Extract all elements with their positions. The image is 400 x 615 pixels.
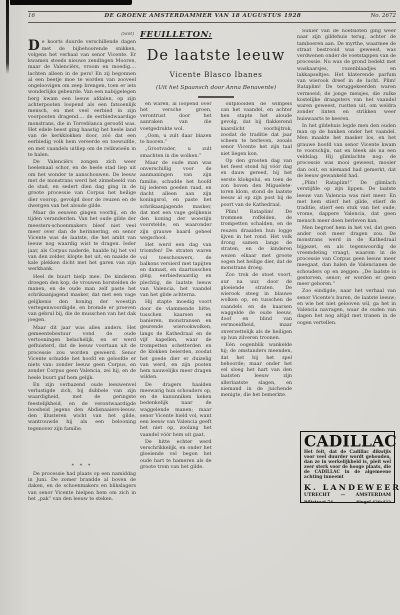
paragraph: In het gildehuis legde men den ouden man… [297,124,396,180]
ad-brand: CADILLAC [304,433,391,450]
paragraph: en waren, al loopend over het versche gr… [140,102,212,133]
paragraph: Men begroef hem in het vel, dat geen and… [297,226,396,289]
ad-address-left: Biltstraat 74 [304,499,333,504]
section-divider: * * * [28,460,136,472]
column-right: Sunier van de hoefsloten ging weer naar … [297,29,396,428]
paragraph: De dragers haalden meewarig hun schouder… [140,383,212,439]
paragraph: Eén oogenblik wankelde hij; de omstander… [221,343,293,399]
paragraph: Op den grooten dag van het feest stond h… [221,159,293,209]
ad-body-text: Het feit, dat de Cadillac dikwijls voor … [304,450,391,481]
column-mid-a: en waren, al loopend over het versche gr… [140,102,212,490]
ad-cities-row: UTRECHT — AMSTERDAM [304,493,391,498]
paragraph: „Grootvader, u zult smachten in die wolk… [140,147,212,160]
paragraph: Heel de buurt hielp mee. De kinderen dro… [28,275,136,325]
paragraph: En zijn verbazend oude leeuwenvel verlus… [28,383,136,433]
feuilleton-kicker: FEUILLETON: [140,30,292,40]
scan-artifact-top [10,0,132,5]
column-mid-b: ontplooiden de wimpels van het vaandel, … [221,102,293,490]
lead-text: e koorts duurde verschillende dagen met … [28,40,136,158]
left-closing-paragraphs: De processie had plaats op een namiddag … [28,472,136,504]
paragraph: ontplooiden de wimpels van het vaandel, … [221,102,293,158]
paragraph: Zoo eindigde, naar het verhaal van senor… [297,289,396,327]
feuilleton-credit: (Uit het Spaansch door Anna Benavente) [140,85,292,91]
paragraph: De processie had plaats op een namiddag … [28,472,136,503]
page-number: 16 [28,13,35,19]
page-header: 16 DE GROENE AMSTERDAMMER VAN 18 AUGUSTU… [28,13,396,19]
ad-city-left: UTRECHT [304,493,330,498]
cadillac-advertisement: CADILLAC Het feit, dat de Cadillac dikwi… [300,431,395,503]
ad-addresses-row: Biltstraat 74 Singel 420-422 [304,499,391,504]
center-columns: en waren, al loopend over het versche gr… [140,102,292,490]
paragraph: Maar de eeuwen gingen voorbij, en de tij… [28,211,136,274]
ad-dealer-name: K. LANDEWEER [304,483,391,492]
slot-marker: (Slot) [28,32,134,38]
paragraph: „Plim! Rataplim!” De glimlach verstijfde… [297,181,396,225]
issue-number: No. 2672 [370,13,396,19]
lead-paragraph: De koorts duurde verschillende dagen met… [28,40,136,159]
title-divider [198,96,234,98]
header-rule-bottom [28,22,396,23]
ad-city-right: AMSTERDAM [356,493,391,498]
paragraph: Plim! Rataplim! De trommen roffelden, de… [221,210,293,273]
paragraph: „Oom, u zult daar blazen te hooren.” [140,134,212,147]
paragraph: Het werd een dag van triomfen! De strate… [140,243,212,299]
paragraph: De hitte echter werd verschrikkelijk, en… [140,440,212,471]
feuilleton-block: FEUILLETON: De laatste leeuw Vicente Bla… [140,30,292,490]
newspaper-page: 16 DE GROENE AMSTERDAMMER VAN 18 AUGUSTU… [0,0,400,615]
feuilleton-author: Vicente Blasco Ibanes [140,70,292,79]
column-left: (Slot) De koorts duurde verschillende da… [28,32,136,504]
paragraph: Sunier van de hoefsloten ging weer naar … [297,29,396,123]
drop-cap: D [28,40,42,52]
paragraph: Maar de oude man was onverschillig voor … [140,161,212,242]
paragraph: Maar dit jaar was alles anders. Het geme… [28,326,136,382]
feuilleton-title: De laatste leeuw [140,48,292,64]
scan-artifact-left-edge [6,0,9,74]
masthead: DE GROENE AMSTERDAMMER VAN 18 AUGUSTUS 1… [104,13,301,19]
ad-address-right: Singel 420-422 [356,499,391,504]
left-paragraphs: De Valenciërs zongen zich weer heelemaal… [28,160,136,434]
paragraph: De Valenciërs zongen zich weer heelemaal… [28,160,136,210]
paragraph: Zoo trok de stoet voort, uur na uur, doo… [221,273,293,342]
paragraph: Hij stapte moedig voort door de vlammend… [140,300,212,381]
ad-separator: — [341,493,346,498]
